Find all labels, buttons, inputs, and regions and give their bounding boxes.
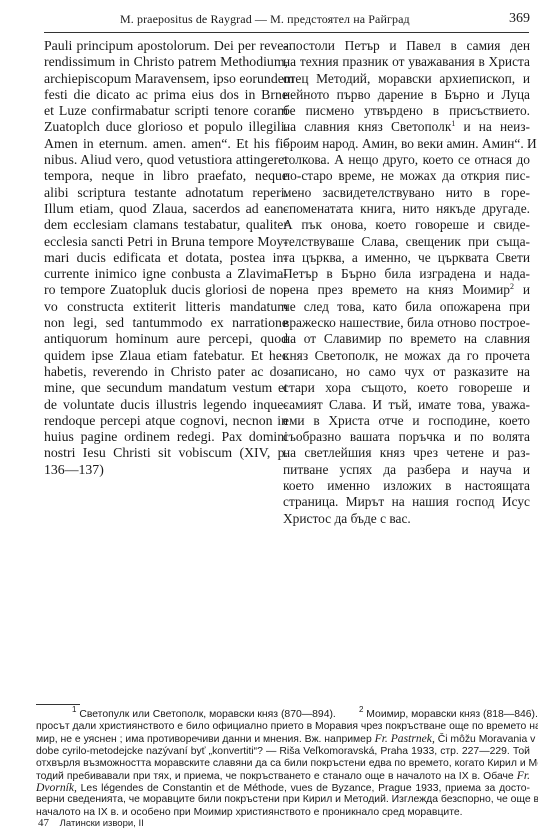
text-line: на светлейшия княз чрез четене и раз-: [283, 445, 530, 461]
text-line: archiepiscopum Maravensem, ipso eorundem: [44, 71, 288, 87]
text-line: княз Светополк, не можах да го прочета: [283, 348, 530, 364]
text-line: quidem ipse Zlaua etiam fatebatur. Et he…: [44, 348, 288, 364]
text-line: Христос да бъде с вас.: [283, 511, 530, 527]
text-line: нейното първо дарение в Бърно и Луца: [283, 87, 530, 103]
text-line: на техния празник от уважавания в Христа: [283, 54, 530, 70]
text-line: 136—137): [44, 462, 288, 478]
text-line: вражеско нашествие, била отново построе-: [283, 315, 530, 331]
text-line: че след това, като била опожарена при: [283, 299, 530, 315]
header-rule: [44, 32, 529, 33]
text-line: записано, но само чух от разказите на: [283, 364, 530, 380]
text-line: по-старо време, не можах да открия пис-: [283, 168, 530, 184]
footnote-reference[interactable]: 2: [510, 282, 514, 291]
footnote-1-text: Светопулк или Светополк, моравски княз (…: [79, 709, 335, 720]
footnote-reference[interactable]: 1: [451, 119, 455, 128]
text-line: бе писмено утвърдено в присъствието.: [283, 103, 530, 119]
text-line: dem ecclesiam clamans testabatur, qualit…: [44, 217, 288, 233]
text-line: броим народ. Амин, во веки амин. Амин“. …: [283, 136, 530, 152]
text-line: festi die dicato ac prima eius dos in Br…: [44, 87, 288, 103]
signature-footer: 47 Латински извори, II: [38, 817, 144, 829]
text-line: просът дали християнството е било официа…: [36, 721, 530, 733]
text-line: мир, не е уяснен ; има противоречиви дан…: [36, 733, 530, 745]
signature-title: Латински извори, II: [60, 818, 144, 829]
text-line: et Luze confirmabatur scripti tenore cor…: [44, 103, 288, 119]
text-line: Zuatoplch duce glorioso et populo illegi…: [44, 119, 288, 135]
text-line: dobe cyrilo-metodejcke nazývaní byť „kon…: [36, 746, 530, 758]
text-line: tempora, neque in libro praefato, neque: [44, 168, 288, 184]
text-line: еми в Христа отче и господине, което: [283, 413, 530, 429]
text-line: ecclesia sancti Petri in Bruna tempore M…: [44, 234, 288, 250]
text-line: nibus. Aliud vero, quod vetustiora attin…: [44, 152, 288, 168]
text-line: отец Методий, моравски архиепископ, и: [283, 71, 530, 87]
text-line: de voluntate ducis illustris legendo inq…: [44, 397, 288, 413]
running-title: M. praepositus de Raygrad — M. предстоят…: [120, 12, 410, 27]
text-line: currente inimico igne conbusta a Zlavima…: [44, 266, 288, 282]
footnote-1-marker: 1: [72, 705, 76, 714]
author-name: Fr. Pastrnek,: [375, 732, 435, 745]
text-line: та църква, а именно, че църквата Свети: [283, 250, 530, 266]
text-line: Illum etiam, quod Zlaua, sacerdos ad ean…: [44, 201, 288, 217]
text-line: верни сведенията, че моравците били покр…: [36, 794, 530, 806]
text-line: на славния княз Светополк1 и на неиз-: [283, 119, 530, 135]
text-line: habetis, reverendo in Christo pater ac d…: [44, 364, 288, 380]
text-line: rendissimum in Christo patrem Methodium,: [44, 54, 288, 70]
text-line: А пък онова, което говореше и свиде-: [283, 217, 530, 233]
text-line: страница. Мирът на нашия господ Исус: [283, 494, 530, 510]
text-line: питване успях да разбера и науча и: [283, 462, 530, 478]
footnote-2-text-start: Моимир, моравски княз (818—846). Въ-: [366, 709, 538, 720]
text-line: Amen in eternum. amen. amen“. Et his fi-: [44, 136, 288, 152]
text-line: самият Слава. И тъй, имате това, уважа-: [283, 397, 530, 413]
text-line: споменатата книга, нито някъде другаде.: [283, 201, 530, 217]
text-line: което именно изложих в настоящата: [283, 478, 530, 494]
author-name: Dvorník,: [36, 781, 77, 794]
text-line: апостоли Петър и Павел в самия ден: [283, 38, 530, 54]
latin-text-column: Pauli principum apostolorum. Dei per rev…: [44, 38, 288, 478]
bulgarian-translation-column: апостоли Петър и Павел в самия денна тех…: [283, 38, 530, 527]
text-line: мено засвидетелствувано нито в горе-: [283, 185, 530, 201]
page-header: M. praepositus de Raygrad — M. предстоят…: [44, 12, 530, 32]
text-line: non legi, sed tantummodo ex narratione: [44, 315, 288, 331]
text-line: Петър в Бърно била изградена и нада-: [283, 266, 530, 282]
text-line: nostri Iesu Christi sit vobiscum (XIV, p…: [44, 445, 288, 461]
text-line: на от Славимир по времето на славния: [283, 331, 530, 347]
text-line: толкова. А нещо друго, което се отнася д…: [283, 152, 530, 168]
text-line: съобразно вашата поръчка и по волята: [283, 429, 530, 445]
text-line: Dvorník, Les légendes de Constantin et d…: [36, 782, 530, 794]
text-line: отхвърля възможността моравските славяни…: [36, 758, 530, 770]
text-line: mine, que secundum mandatum vestum et: [44, 380, 288, 396]
text-line: mari ducis edificata et dotata, postea i…: [44, 250, 288, 266]
footnote-2-marker: 2: [359, 705, 363, 714]
footnote-first-line: 1 Светопулк или Светополк, моравски княз…: [36, 709, 530, 721]
footnotes: 1 Светопулк или Светополк, моравски княз…: [36, 709, 530, 819]
text-line: стари хора същото, което говореше и: [283, 380, 530, 396]
text-line: alibi scriptura testante adnotatum reper…: [44, 185, 288, 201]
text-line: antiquorum hominum aure percepi, quod: [44, 331, 288, 347]
page-number: 369: [509, 11, 530, 27]
signature-number: 47: [38, 817, 49, 829]
text-line: рена през времето на княз Моимир2 и: [283, 282, 530, 298]
text-line: rendoque percepi atque cognovi, necnon i…: [44, 413, 288, 429]
text-line: huius pagine ordinem redegi. Pax domini: [44, 429, 288, 445]
text-line: Pauli principum apostolorum. Dei per rev…: [44, 38, 288, 54]
text-line: vo constructa extiterit litteris mandatu…: [44, 299, 288, 315]
text-line: ro tempore Zuatopluk ducis gloriosi de n…: [44, 282, 288, 298]
text-line: телствуваше Слава, свещеник при съща-: [283, 234, 530, 250]
author-name: Fr.: [517, 769, 530, 782]
text-line: тодий пребивавали при тях, и приема, че …: [36, 770, 530, 782]
